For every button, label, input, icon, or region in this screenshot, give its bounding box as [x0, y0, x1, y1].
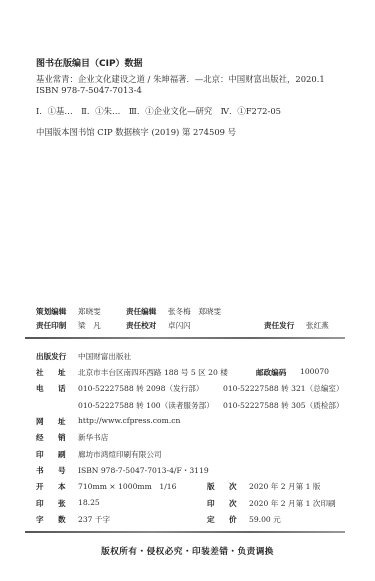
word-count-value: 237 千字	[78, 514, 110, 525]
address-value: 北京市丰台区南四环西路 188 号 5 区 20 楼	[78, 367, 228, 378]
website-link[interactable]: http://www.cfpress.com.cn	[78, 416, 180, 425]
cip-bibliographic-line: 基业常青：企业文化建设之道 / 朱坤福著．—北京：中国财富出版社，2020.1	[36, 73, 325, 85]
proofreader-value: 卓闪闪	[168, 320, 191, 331]
phone-quality: 010-52227588 转 305（质检部）	[223, 400, 344, 411]
distributor-value: 新华书店	[78, 432, 108, 443]
price-value: 59.00 元	[249, 514, 281, 525]
copyright-notice: 版权所有・侵权必究・印装差错・负责调换	[0, 545, 375, 557]
cip-classification: Ⅰ．①基… Ⅱ．①朱… Ⅲ．①企业文化—研究 Ⅳ．①F272-05	[36, 105, 281, 117]
print-supervisor-label: 责任印制	[36, 320, 66, 331]
planning-editor-value: 郑晓雯	[78, 306, 101, 317]
distribution-label: 责任发行	[264, 320, 294, 331]
publisher-value: 中国财富出版社	[78, 351, 131, 362]
responsible-editor-label: 责任编辑	[126, 306, 156, 317]
postcode-label: 邮政编码	[256, 367, 286, 378]
format-value: 710mm × 1000mm 1/16	[78, 481, 176, 492]
phone-reader-service: 010-52227588 转 100（读者服务部）	[78, 400, 214, 411]
bottom-divider	[25, 531, 345, 533]
phone-sales: 010-52227588 转 2098（发行部）	[78, 383, 203, 394]
edition-value: 2020 年 2 月第 1 版	[249, 481, 320, 492]
phone-editorial: 010-52227588 转 321（总编室）	[223, 383, 344, 394]
cip-record-number: 中国版本图书馆 CIP 数据核字 (2019) 第 274509 号	[36, 126, 236, 138]
postcode-value: 100070	[300, 367, 329, 376]
cip-isbn: ISBN 978-7-5047-7013-4	[36, 85, 142, 95]
printer-value: 廊坊市鸿煊印刷有限公司	[78, 449, 162, 460]
publisher-label: 出版发行	[36, 351, 66, 362]
planning-editor-label: 策划编辑	[36, 306, 66, 317]
printing-value: 2020 年 2 月第 1 次印刷	[249, 498, 336, 509]
sheets-value: 18.25	[78, 498, 100, 507]
print-supervisor-value: 梁 凡	[78, 320, 101, 331]
book-number-value: ISBN 978-7-5047-7013-4/F・3119	[78, 465, 209, 476]
top-divider	[25, 337, 345, 339]
responsible-editor-value: 张冬梅 郑晓雯	[168, 306, 221, 317]
cip-heading: 图书在版编目（CIP）数据	[36, 56, 143, 69]
distribution-value: 张红燕	[306, 320, 329, 331]
proofreader-label: 责任校对	[126, 320, 156, 331]
